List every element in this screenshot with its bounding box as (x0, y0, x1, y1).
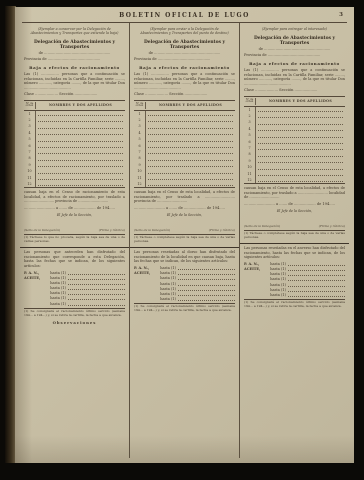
delegation-heading: Delegación de Abastecimientos y Transpor… (24, 40, 125, 50)
ration-until-label: hasta (1) (160, 292, 176, 296)
name-blank-line (38, 116, 123, 122)
name-blank-line (38, 168, 123, 174)
name-blank-line (148, 116, 233, 122)
deregistration-paragraph: causan baja en el Censo de racionamiento… (24, 190, 125, 204)
date-line: ........................... a ....... de… (244, 202, 345, 207)
footnote-1: (1) Táchese lo que no proceda, según la … (24, 234, 125, 244)
signature-label: (Firma y rúbrica) (99, 228, 125, 232)
names-table: Nº de orden NOMBRES Y DOS APELLIDOS 1 2 … (134, 100, 235, 189)
name-blank-line (148, 129, 233, 135)
supply-paragraph: Las personas que anteceden han disfrutad… (24, 250, 125, 268)
date-line: ........................... a ....... de… (24, 206, 125, 211)
footnote-2-text: (1) Se consignará el racionamiento últim… (244, 301, 345, 309)
footnote-1-text: (1) Táchese o complétese según la baja s… (244, 232, 345, 240)
delegation-of-line: de .....................................… (24, 51, 125, 56)
stamp-signature-row: (Sello de la Delegación) (Firma y rúbric… (134, 217, 235, 232)
name-blank-line (258, 170, 343, 176)
name-blank-line (258, 151, 343, 157)
names-table-rows: 1 2 3 4 5 (244, 107, 345, 184)
name-blank-line (148, 155, 233, 161)
names-table-rows: 1 2 3 4 5 (134, 111, 235, 188)
ration-blank-line (68, 301, 125, 306)
copy-note: (Ejemplar para entregar al interesado) (244, 26, 345, 33)
ration-until-label: hasta (1) (160, 297, 176, 301)
province-line: Provincia de ...........................… (134, 57, 235, 62)
name-blank-line (258, 164, 343, 170)
page-number: 3 (339, 12, 343, 18)
row-number: 12 (244, 177, 256, 183)
form-column-interested-party: (Ejemplar para entregar al interesado) D… (239, 23, 349, 458)
masthead: BOLETIN OFICIAL DE LUGO 3 (22, 10, 347, 23)
scanned-bulletin-page: BOLETIN OFICIAL DE LUGO 3 (Ejemplar a co… (0, 0, 364, 480)
ration-until-label: hasta (1) (160, 282, 176, 286)
name-blank-line (258, 112, 343, 118)
footnote-2: (1) Se consignará el racionamiento últim… (244, 299, 345, 309)
section-divider (20, 247, 129, 248)
ration-until-label: hasta (1) (160, 287, 176, 291)
name-blank-line (258, 119, 343, 125)
signature-label: (Firma y rúbrica) (319, 224, 345, 228)
bulletin-title: BOLETIN OFICIAL DE LUGO (22, 10, 347, 22)
order-number-header: Nº de orden (134, 102, 146, 109)
ration-until-label: hasta (1) (270, 277, 286, 281)
ration-until-label: hasta (1) (50, 296, 66, 300)
ration-until-label: hasta (1) (160, 271, 176, 275)
name-blank-line (148, 148, 233, 154)
footnote-1: (1) Táchese o complétese según la baja s… (134, 234, 235, 244)
footnote-2: (1) Se consignará el racionamiento últim… (134, 303, 235, 313)
date-line: ........................... a ....... de… (134, 206, 235, 211)
names-table: Nº de orden NOMBRES Y DOS APELLIDOS 1 2 … (244, 96, 345, 185)
name-blank-line (148, 168, 233, 174)
name-blank-line (38, 155, 123, 161)
ration-article: P. A. N., (244, 262, 268, 266)
stamp-label: (Sello de la Delegación) (24, 228, 60, 232)
deregistration-paragraph: causan baja en el Censo de esta localida… (244, 186, 345, 200)
table-row: 12 (24, 181, 125, 187)
name-blank-line (38, 136, 123, 142)
copy-note: (Ejemplar para enviar a la Delegación de… (134, 26, 235, 37)
class-section-line: Clase .................... Sección .....… (134, 92, 235, 97)
name-blank-line (148, 180, 233, 186)
ration-until-label: hasta (1) (270, 272, 286, 276)
ration-row: hasta (1) (134, 296, 235, 301)
ration-list: P. A. N., hasta (1) ACEITE, hasta (1) ha… (134, 265, 235, 301)
ration-until-label: hasta (1) (160, 276, 176, 280)
name-blank-line (148, 174, 233, 180)
class-section-line: Clase .................... Sección .....… (24, 92, 125, 97)
ration-article: ACEITE, (134, 271, 158, 275)
footnote-2-text: (1) Se consignará el racionamiento últim… (24, 310, 125, 318)
name-blank-line (148, 136, 233, 142)
footnote-2: (1) Se consignará el racionamiento últim… (24, 308, 125, 318)
table-row: 12 (244, 177, 345, 183)
name-blank-line (258, 176, 343, 182)
name-blank-line (148, 123, 233, 129)
delegation-of-line: de .....................................… (244, 47, 345, 52)
row-number: 12 (134, 181, 146, 187)
ration-until-label: hasta (1) (270, 262, 286, 266)
ration-until-label: hasta (1) (50, 291, 66, 295)
names-table-rows: 1 2 3 4 5 (24, 111, 125, 188)
name-blank-line (38, 129, 123, 135)
footnote-2-text: (1) Se consignará el racionamiento últim… (134, 305, 235, 313)
form-section-title: Baja a efectos de racionamiento (244, 61, 345, 66)
stamp-label: (Sello de la Delegación) (244, 224, 280, 228)
supply-paragraph: Las personas reseñadas en el anverso han… (244, 246, 345, 260)
signature-label: (Firma y rúbrica) (209, 228, 235, 232)
ration-until-label: hasta (1) (50, 271, 66, 275)
name-blank-line (258, 125, 343, 131)
province-line: Provincia de ...........................… (24, 57, 125, 62)
name-blank-line (148, 110, 233, 116)
supply-paragraph: Las personas reseñadas al dorso han disf… (134, 250, 235, 264)
name-blank-line (38, 110, 123, 116)
ration-until-label: hasta (1) (270, 267, 286, 271)
deregistration-paragraph: causan baja en el Censo de esta localida… (134, 190, 235, 204)
ration-until-label: hasta (1) (50, 302, 66, 306)
ration-list: P. A. N., hasta (1) ACEITE, hasta (1) ha… (24, 269, 125, 305)
name-blank-line (38, 142, 123, 148)
ration-article: ACEITE, (244, 267, 268, 271)
form-section-title: Baja a efectos de racionamiento (134, 65, 235, 70)
names-header: NOMBRES Y DOS APELLIDOS (146, 103, 235, 107)
delegation-heading: Delegación de Abastecimientos y Transpor… (244, 36, 345, 46)
delegation-heading: Delegación de Abastecimientos y Transpor… (134, 40, 235, 50)
table-row: 12 (134, 181, 235, 187)
ration-article: P. A. N., (24, 271, 48, 275)
section-divider (240, 243, 349, 244)
intro-paragraph: Las (1) ................ personas que a … (134, 72, 235, 90)
name-blank-line (38, 174, 123, 180)
name-blank-line (38, 161, 123, 167)
stamp-signature-row: (Sello de la Delegación) (Firma y rúbric… (244, 213, 345, 228)
ration-article: ACEITE, (24, 276, 48, 280)
name-blank-line (258, 144, 343, 150)
ration-until-label: hasta (1) (270, 293, 286, 297)
name-blank-line (258, 157, 343, 163)
copy-note: (Ejemplar a conservar por la Delegación … (24, 26, 125, 37)
footnote-1: (1) Táchese o complétese según la baja s… (244, 230, 345, 240)
ration-row: hasta (1) (24, 300, 125, 305)
ration-until-label: hasta (1) (270, 283, 286, 287)
name-blank-line (148, 161, 233, 167)
name-blank-line (38, 148, 123, 154)
ration-list: P. A. N., hasta (1) ACEITE, hasta (1) ha… (244, 261, 345, 297)
name-blank-line (148, 142, 233, 148)
ration-row: hasta (1) (244, 292, 345, 297)
ration-blank-line (178, 296, 235, 301)
section-divider (130, 247, 239, 248)
names-table: Nº de orden NOMBRES Y DOS APELLIDOS 1 2 … (24, 100, 125, 189)
ration-blank-line (288, 292, 345, 297)
names-header: NOMBRES Y DOS APELLIDOS (36, 103, 125, 107)
row-number: 12 (24, 181, 36, 187)
stamp-signature-row: (Sello de la Delegación) (Firma y rúbric… (24, 217, 125, 232)
order-number-header: Nº de orden (24, 102, 36, 109)
ration-article: P. A. N., (134, 266, 158, 270)
ration-until-label: hasta (1) (270, 288, 286, 292)
ration-until-label: hasta (1) (50, 286, 66, 290)
intro-paragraph: Las (1) ................ personas que a … (244, 68, 345, 86)
name-blank-line (258, 138, 343, 144)
form-section-title: Baja a efectos de racionamiento (24, 65, 125, 70)
name-blank-line (38, 123, 123, 129)
footnote-1-text: (1) Táchese lo que no proceda, según la … (24, 236, 125, 244)
name-blank-line (258, 132, 343, 138)
observations-title: Observaciones (24, 320, 125, 325)
class-section-line: Clase .................... Sección .....… (244, 88, 345, 93)
ration-until-label: hasta (1) (50, 276, 66, 280)
delegation-of-line: de .....................................… (134, 51, 235, 56)
ration-until-label: hasta (1) (160, 266, 176, 270)
name-blank-line (38, 180, 123, 186)
name-blank-line (258, 106, 343, 112)
ration-until-label: hasta (1) (50, 281, 66, 285)
province-line: Provincia de ...........................… (244, 53, 345, 58)
form-columns: (Ejemplar a conservar por la Delegación … (20, 23, 349, 458)
form-column-destination: (Ejemplar para enviar a la Delegación de… (129, 23, 239, 458)
names-header: NOMBRES Y DOS APELLIDOS (256, 99, 345, 103)
intro-paragraph: Las (1) ................ personas que a … (24, 72, 125, 90)
order-number-header: Nº de orden (244, 98, 256, 105)
stamp-label: (Sello de la Delegación) (134, 228, 170, 232)
paper-page: BOLETIN OFICIAL DE LUGO 3 (Ejemplar a co… (15, 7, 354, 463)
form-column-archive: (Ejemplar a conservar por la Delegación … (20, 23, 129, 458)
footnote-1-text: (1) Táchese o complétese según la baja s… (134, 236, 235, 244)
